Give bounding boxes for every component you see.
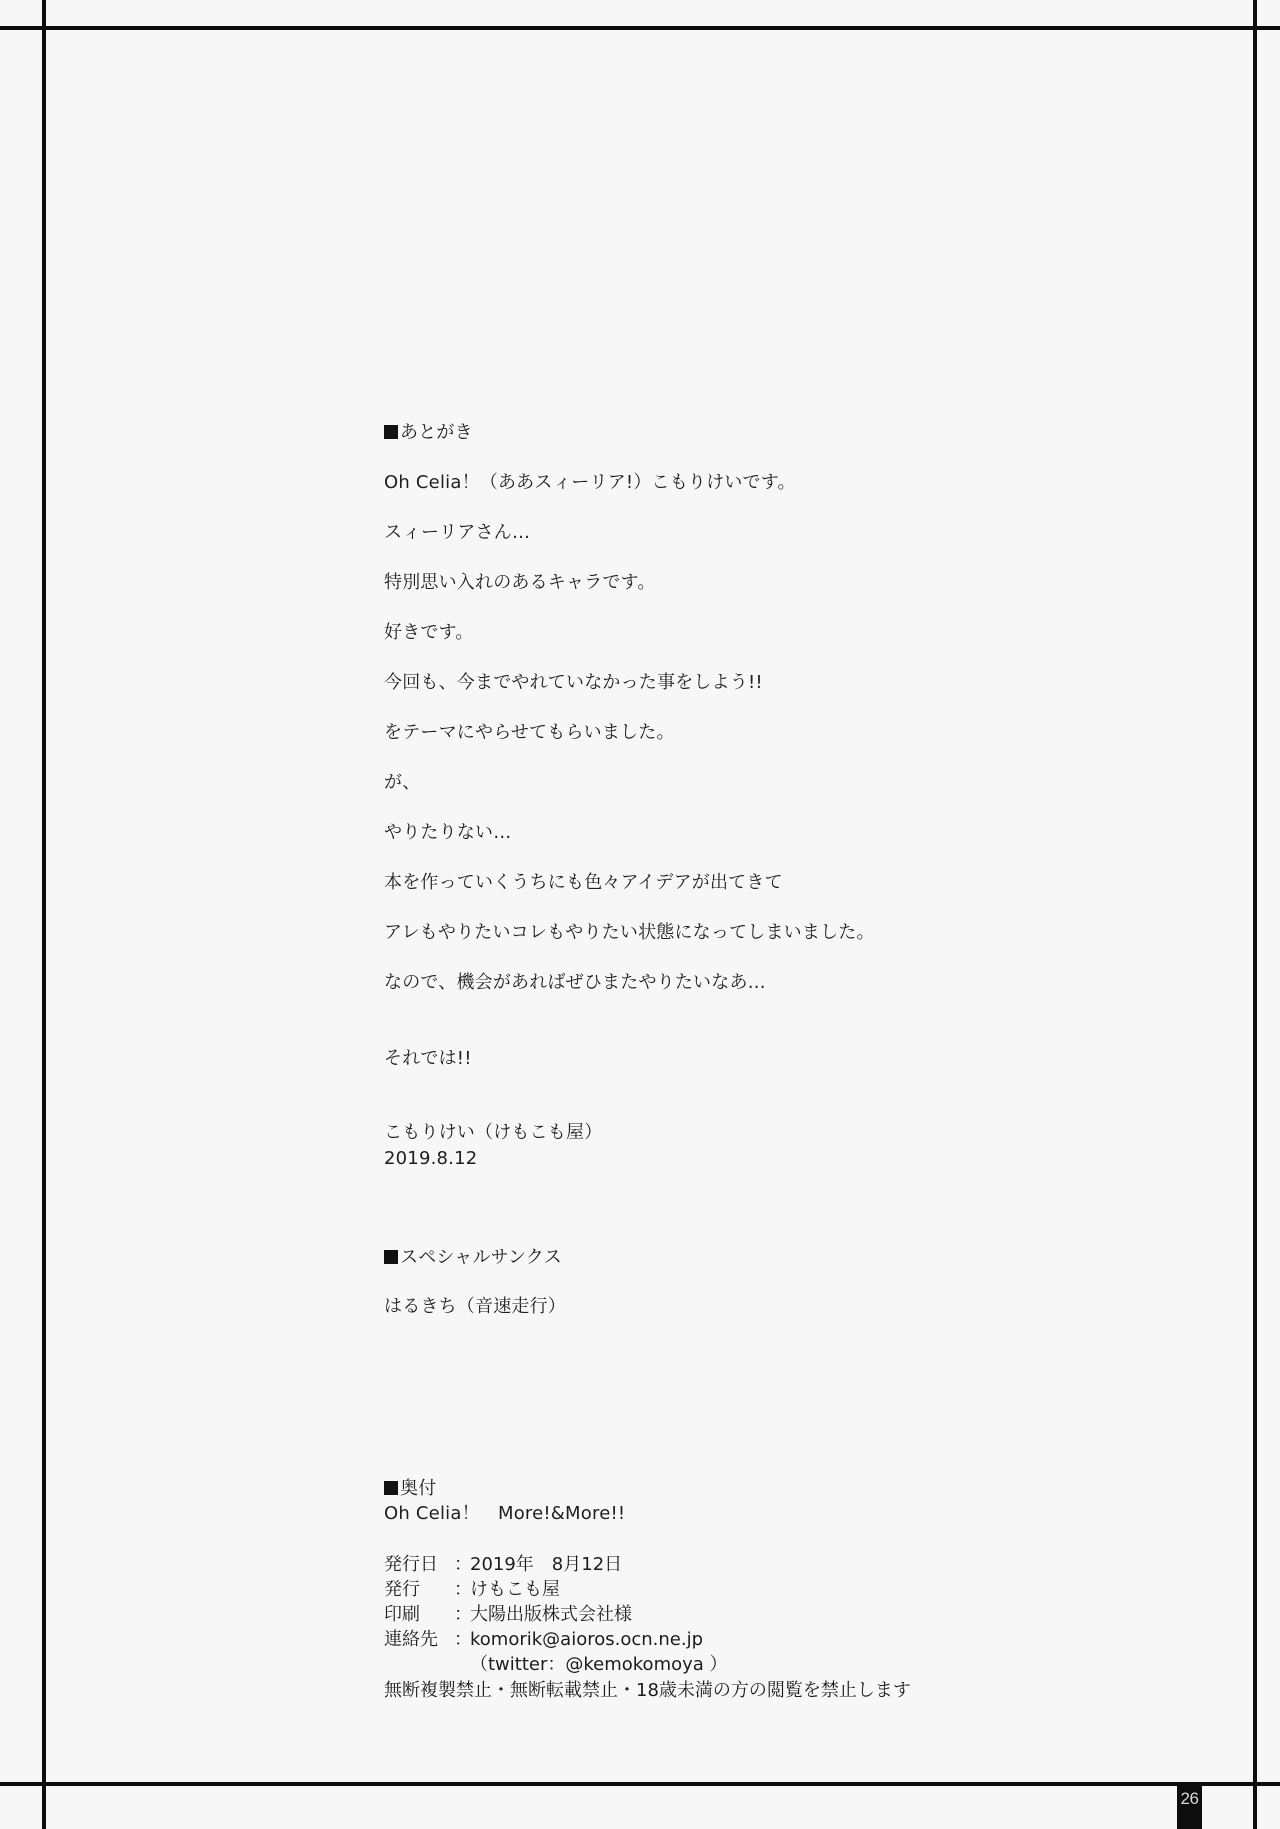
afterword-line: をテーマにやらせてもらいました。 bbox=[384, 722, 675, 744]
colophon-value: 大陽出版株式会社様 bbox=[470, 1604, 632, 1625]
afterword-line: Oh Celia！（ああスィーリア!）こもりけいです。 bbox=[384, 472, 796, 494]
colophon-row-publisher: 発行：けもこも屋 bbox=[384, 1579, 560, 1601]
colophon-notice: 無断複製禁止・無断転載禁止・18歳未満の方の閲覧を禁止します bbox=[384, 1680, 911, 1702]
colophon-separator: ： bbox=[454, 1604, 470, 1626]
colophon-heading-text: 奥付 bbox=[400, 1478, 436, 1499]
afterword-date: 2019.8.12 bbox=[384, 1148, 477, 1170]
afterword-line: が、 bbox=[384, 772, 420, 794]
afterword-line: やりたりない… bbox=[384, 822, 511, 844]
colophon-separator: ： bbox=[454, 1629, 470, 1651]
colophon-label: 連絡先 bbox=[384, 1629, 454, 1651]
afterword-line: それでは!! bbox=[384, 1048, 472, 1070]
special-thanks-heading: スペシャルサンクス bbox=[384, 1247, 562, 1269]
colophon-row-publish-date: 発行日：2019年 8月12日 bbox=[384, 1554, 622, 1576]
colophon-heading: 奥付 bbox=[384, 1478, 436, 1500]
afterword-line: 今回も、今までやれていなかった事をしよう!! bbox=[384, 672, 763, 694]
colophon-row-contact: 連絡先：komorik@aioros.ocn.ne.jp bbox=[384, 1629, 703, 1651]
frame-line-bottom bbox=[0, 1782, 1280, 1786]
colophon-label: 発行 bbox=[384, 1579, 454, 1601]
square-bullet-icon bbox=[384, 425, 398, 439]
colophon-label: 発行日 bbox=[384, 1554, 454, 1576]
colophon-value: けもこも屋 bbox=[470, 1579, 560, 1600]
afterword-line: スィーリアさん… bbox=[384, 522, 530, 544]
afterword-line: なので、機会があればぜひまたやりたいなあ… bbox=[384, 972, 766, 994]
colophon-twitter: （twitter：@kemokomoya ） bbox=[384, 1654, 728, 1676]
special-thanks-name: はるきち（音速走行） bbox=[384, 1296, 566, 1318]
square-bullet-icon bbox=[384, 1250, 398, 1264]
colophon-separator: ： bbox=[454, 1554, 470, 1576]
colophon-label: 印刷 bbox=[384, 1604, 454, 1626]
colophon-title: Oh Celia！ More!&More!! bbox=[384, 1503, 625, 1525]
afterword-line: 特別思い入れのあるキャラです。 bbox=[384, 572, 656, 594]
afterword-line: アレもやりたいコレもやりたい状態になってしまいました。 bbox=[384, 922, 875, 944]
frame-line-left bbox=[42, 0, 46, 1829]
afterword-heading-text: あとがき bbox=[400, 422, 473, 443]
afterword-signature: こもりけい（けもこも屋） bbox=[384, 1122, 602, 1144]
frame-line-top bbox=[0, 26, 1280, 30]
colophon-separator: ： bbox=[454, 1579, 470, 1601]
colophon-contact-email: komorik@aioros.ocn.ne.jp bbox=[470, 1629, 703, 1650]
afterword-line: 本を作っていくうちにも色々アイデアが出てきて bbox=[384, 872, 783, 894]
colophon-row-printer: 印刷：大陽出版株式会社様 bbox=[384, 1604, 632, 1626]
colophon-value: 2019年 8月12日 bbox=[470, 1554, 622, 1575]
afterword-line: 好きです。 bbox=[384, 622, 474, 644]
afterword-heading: あとがき bbox=[384, 422, 473, 444]
page-number: 26 bbox=[1177, 1784, 1202, 1829]
square-bullet-icon bbox=[384, 1481, 398, 1495]
special-thanks-heading-text: スペシャルサンクス bbox=[400, 1247, 562, 1268]
frame-line-right bbox=[1253, 0, 1257, 1829]
